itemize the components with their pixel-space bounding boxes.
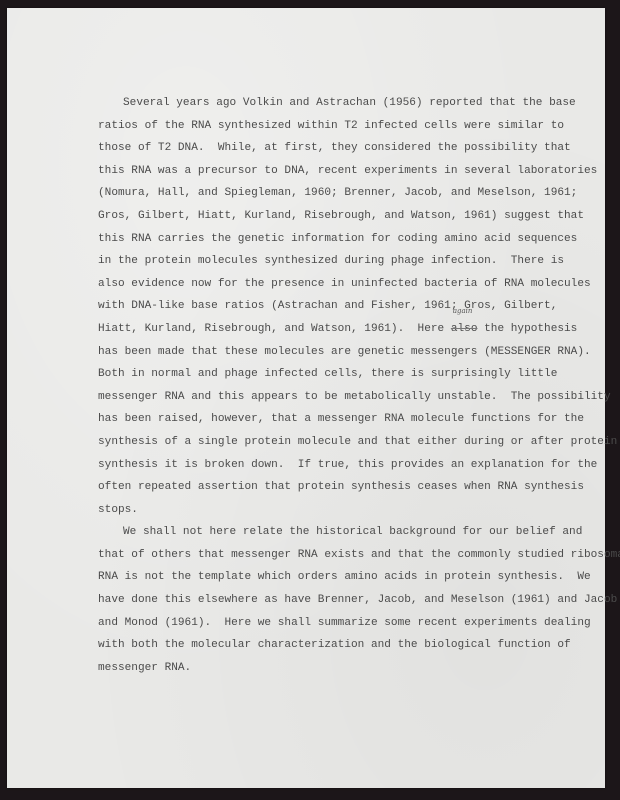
- handwritten-correction: againalso: [451, 318, 478, 341]
- annotated-line-before: Hiatt, Kurland, Risebrough, and Watson, …: [98, 323, 451, 335]
- scanned-document: Several years ago Volkin and Astrachan (…: [0, 0, 620, 800]
- paragraph-1-line-9: also evidence now for the presence in un…: [98, 273, 568, 296]
- typed-text-body: Several years ago Volkin and Astrachan (…: [98, 92, 568, 679]
- paragraph-1-annotated-line: Hiatt, Kurland, Risebrough, and Watson, …: [98, 318, 568, 341]
- handwritten-insert: again: [453, 307, 473, 315]
- paper-page: Several years ago Volkin and Astrachan (…: [7, 8, 605, 788]
- paragraph-1-line-14: messenger RNA and this appears to be met…: [98, 386, 568, 409]
- paragraph-1-line-18: often repeated assertion that protein sy…: [98, 476, 568, 499]
- paragraph-1-line-2: ratios of the RNA synthesized within T2 …: [98, 115, 568, 138]
- paragraph-2-line-2: that of others that messenger RNA exists…: [98, 544, 568, 567]
- annotated-line-after: the hypothesis: [477, 323, 577, 335]
- paragraph-1-line-17: synthesis it is broken down. If true, th…: [98, 454, 568, 477]
- paragraph-1-line-7: this RNA carries the genetic information…: [98, 228, 568, 251]
- paragraph-2-line-1: We shall not here relate the historical …: [98, 521, 568, 544]
- paragraph-2-line-6: with both the molecular characterization…: [98, 634, 568, 657]
- paragraph-1-line-6: Gros, Gilbert, Hiatt, Kurland, Risebroug…: [98, 205, 568, 228]
- paragraph-1-line-15: has been raised, however, that a messeng…: [98, 408, 568, 431]
- paragraph-2-line-5: and Monod (1961). Here we shall summariz…: [98, 612, 568, 635]
- paragraph-1-line-4: this RNA was a precursor to DNA, recent …: [98, 160, 568, 183]
- paragraph-1-line-16: synthesis of a single protein molecule a…: [98, 431, 568, 454]
- paragraph-1-line-19: stops.: [98, 499, 568, 522]
- paragraph-2-line-3: RNA is not the template which orders ami…: [98, 566, 568, 589]
- paragraph-1-line-1: Several years ago Volkin and Astrachan (…: [98, 92, 568, 115]
- paragraph-2-line-7: messenger RNA.: [98, 657, 568, 680]
- paragraph-1-line-8: in the protein molecules synthesized dur…: [98, 250, 568, 273]
- struck-word: also: [451, 323, 478, 335]
- paragraph-1-line-13: Both in normal and phage infected cells,…: [98, 363, 568, 386]
- paragraph-1-line-12: has been made that these molecules are g…: [98, 341, 568, 364]
- paragraph-1-line-3: those of T2 DNA. While, at first, they c…: [98, 137, 568, 160]
- paragraph-1-line-10: with DNA-like base ratios (Astrachan and…: [98, 295, 568, 318]
- paragraph-1-line-5: (Nomura, Hall, and Spiegleman, 1960; Bre…: [98, 182, 568, 205]
- paragraph-2-line-4: have done this elsewhere as have Brenner…: [98, 589, 568, 612]
